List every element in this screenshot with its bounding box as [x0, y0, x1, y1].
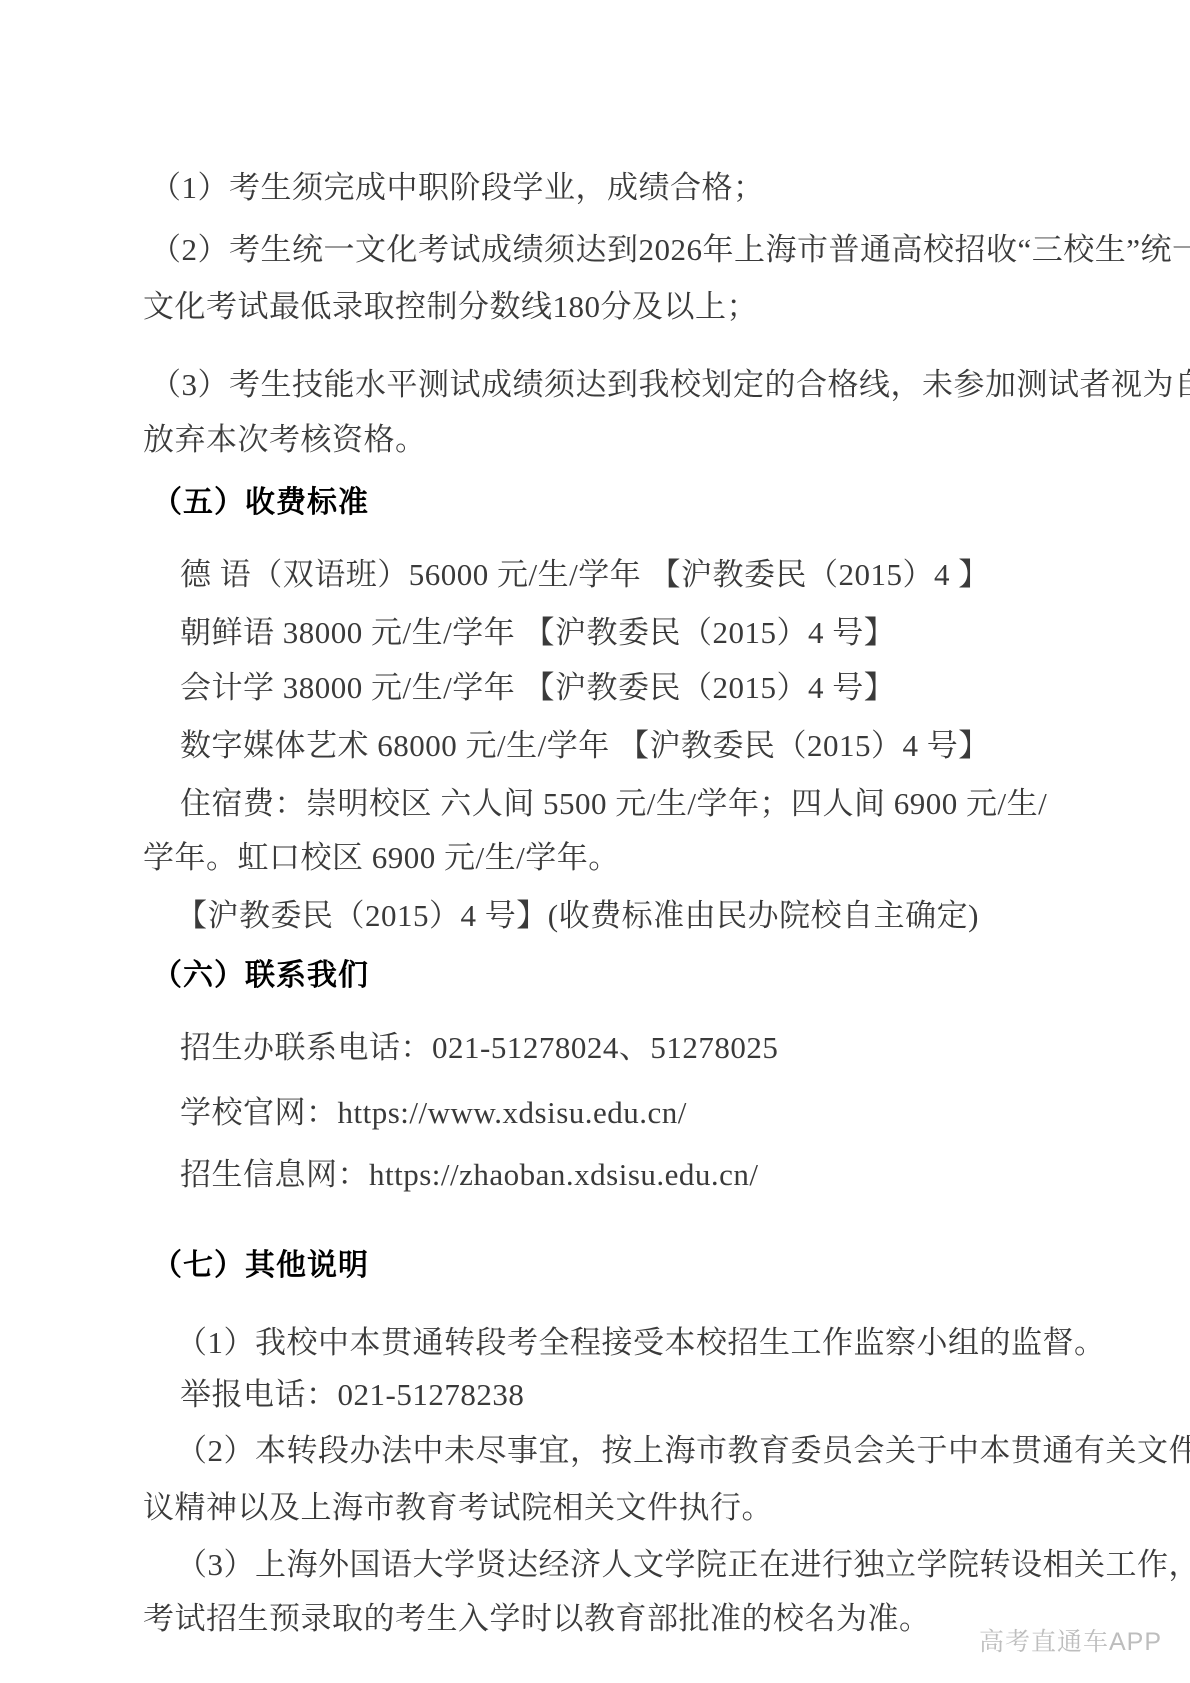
other-item-1: （1）我校中本贯通转段考全程接受本校招生工作监察小组的监督。 [176, 1323, 1106, 1363]
other-item-3-line-1: （3）上海外国语大学贤达经济人文学院正在进行独立学院转设相关工作，转段 [176, 1545, 1190, 1585]
watermark-app-label: 高考直通车APP [979, 1622, 1162, 1658]
other-item-3-line-2: 考试招生预录取的考生入学时以教育部批准的校名为准。 [143, 1599, 931, 1639]
requirement-item-3-line-2: 放弃本次考核资格。 [143, 420, 427, 460]
fee-line-accounting: 会计学 38000 元/生/学年 【沪教委民（2015）4 号】 [180, 668, 895, 708]
section-heading-other: （七）其他说明 [152, 1246, 369, 1286]
fee-line-digital-media: 数字媒体艺术 68000 元/生/学年 【沪教委民（2015）4 号】 [180, 726, 990, 766]
fee-line-accommodation-2: 学年。虹口校区 6900 元/生/学年。 [143, 838, 620, 878]
contact-phone: 招生办联系电话：021-51278024、51278025 [180, 1028, 778, 1068]
other-item-2-line-1: （2）本转段办法中未尽事宜，按上海市教育委员会关于中本贯通有关文件和会 [176, 1431, 1190, 1471]
section-heading-contact: （六）联系我们 [152, 956, 369, 996]
other-report-phone: 举报电话：021-51278238 [180, 1375, 524, 1415]
fee-line-german: 德 语（双语班）56000 元/生/学年 【沪教委民（2015）4 】 [180, 555, 990, 595]
requirement-item-2-line-2: 文化考试最低录取控制分数线180分及以上； [143, 287, 758, 327]
section-heading-fees: （五）收费标准 [152, 483, 369, 523]
fee-note: 【沪教委民（2015）4 号】(收费标准由民办院校自主确定) [176, 896, 979, 936]
requirement-item-2-line-1: （2）考生统一文化考试成绩须达到2026年上海市普通高校招收“三校生”统一 [150, 230, 1190, 270]
contact-website: 学校官网：https://www.xdsisu.edu.cn/ [180, 1093, 687, 1133]
fee-line-accommodation-1: 住宿费：崇明校区 六人间 5500 元/生/学年；四人间 6900 元/生/ [180, 784, 1047, 824]
contact-admissions-site: 招生信息网：https://zhaoban.xdsisu.edu.cn/ [180, 1155, 759, 1195]
other-item-2-line-2: 议精神以及上海市教育考试院相关文件执行。 [143, 1488, 773, 1528]
requirement-item-3-line-1: （3）考生技能水平测试成绩须达到我校划定的合格线，未参加测试者视为自愿 [150, 365, 1190, 405]
document-page: （1）考生须完成中职阶段学业，成绩合格； （2）考生统一文化考试成绩须达到202… [0, 0, 1190, 1683]
fee-line-korean: 朝鲜语 38000 元/生/学年 【沪教委民（2015）4 号】 [180, 613, 895, 653]
requirement-item-1: （1）考生须完成中职阶段学业，成绩合格； [150, 168, 765, 208]
